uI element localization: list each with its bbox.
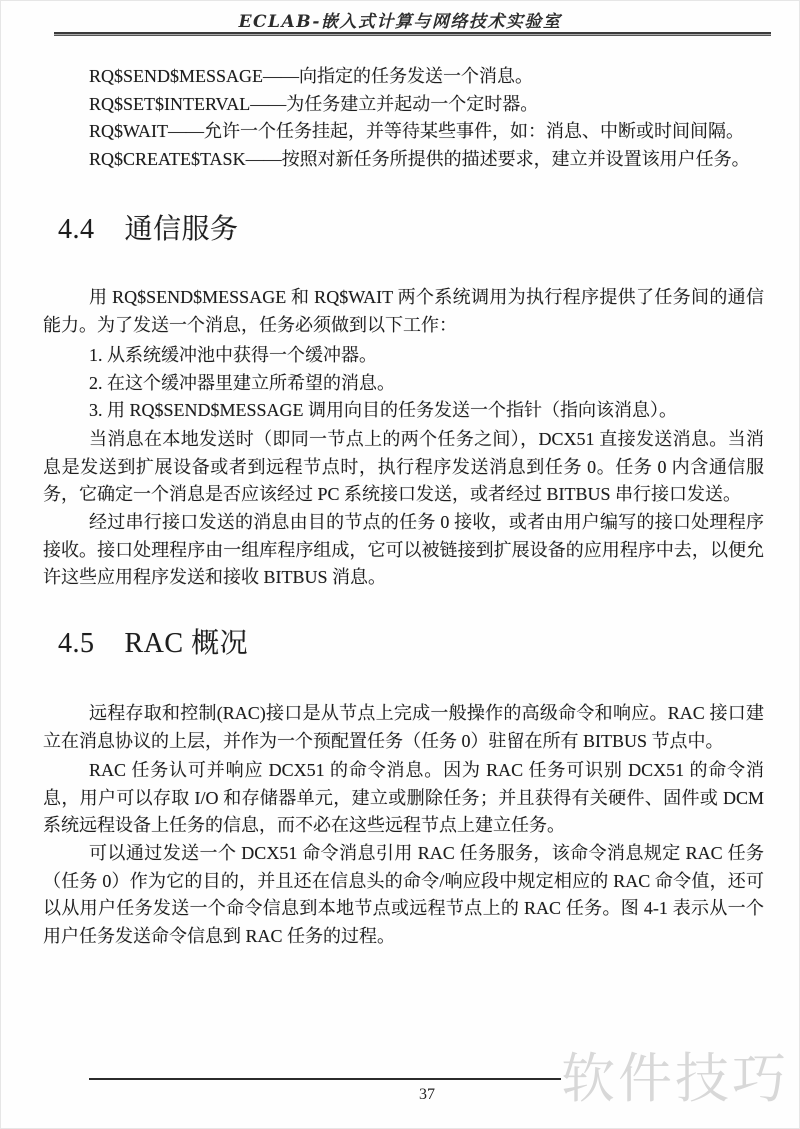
system-call-list: RQ$SEND$MESSAGE——向指定的任务发送一个消息。 RQ$SET$IN… xyxy=(89,63,779,173)
paragraph: RAC 任务认可并响应 DCX51 的命令消息。因为 RAC 任务可识别 DCX… xyxy=(43,757,764,840)
section-heading-4-4: 4.4通信服务 xyxy=(58,207,239,247)
system-call-line: RQ$CREATE$TASK——按照对新任务所提供的描述要求，建立并设置该用户任… xyxy=(89,146,779,174)
numbered-step-list: 1. 从系统缓冲池中获得一个缓冲器。 2. 在这个缓冲器里建立所希望的消息。 3… xyxy=(89,342,769,425)
section-number: 4.5 xyxy=(58,628,95,659)
footer-rule xyxy=(89,1078,561,1080)
document-page: ECLAB-嵌入式计算与网络技术实验室 RQ$SEND$MESSAGE——向指定… xyxy=(0,0,800,1129)
section-heading-4-5: 4.5RAC 概况 xyxy=(58,621,248,661)
system-call-line: RQ$SEND$MESSAGE——向指定的任务发送一个消息。 xyxy=(89,63,779,91)
system-call-line: RQ$WAIT——允许一个任务挂起，并等待某些事件，如：消息、中断或时间间隔。 xyxy=(89,118,779,146)
header-lab-title: ECLAB-嵌入式计算与网络技术实验室 xyxy=(1,7,799,32)
paragraph: 当消息在本地发送时（即同一节点上的两个任务之间），DCX51 直接发送消息。当消… xyxy=(43,426,764,509)
section-number: 4.4 xyxy=(58,214,95,245)
watermark-text: 软件技巧 xyxy=(561,1036,789,1113)
system-call-line: RQ$SET$INTERVAL——为任务建立并起动一个定时器。 xyxy=(89,91,779,119)
section-title: 通信服务 xyxy=(125,214,239,245)
paragraph: 远程存取和控制(RAC)接口是从节点上完成一般操作的高级命令和响应。RAC 接口… xyxy=(43,700,764,755)
paragraph: 可以通过发送一个 DCX51 命令消息引用 RAC 任务服务，该命令消息规定 R… xyxy=(43,840,764,950)
header-rule xyxy=(54,32,771,36)
paragraph: 用 RQ$SEND$MESSAGE 和 RQ$WAIT 两个系统调用为执行程序提… xyxy=(43,284,764,339)
paragraph: 经过串行接口发送的消息由目的节点的任务 0 接收，或者由用户编写的接口处理程序接… xyxy=(43,509,764,592)
page-number: 37 xyxy=(419,1086,435,1104)
step-item: 2. 在这个缓冲器里建立所希望的消息。 xyxy=(89,370,769,398)
section-title: RAC 概况 xyxy=(125,628,249,659)
step-item: 1. 从系统缓冲池中获得一个缓冲器。 xyxy=(89,342,769,370)
step-item: 3. 用 RQ$SEND$MESSAGE 调用向目的任务发送一个指针（指向该消息… xyxy=(89,397,769,425)
